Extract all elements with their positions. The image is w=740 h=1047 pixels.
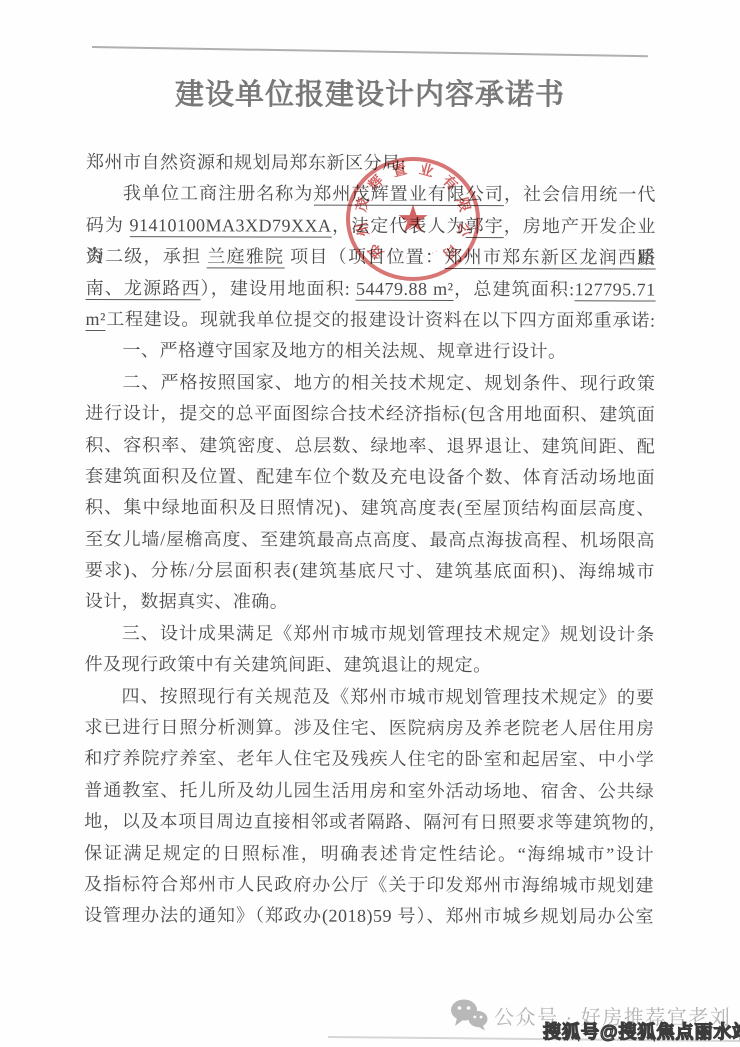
document-line: 地，以及本项目周边直接相邻或者隔路、隔河有日照要求等建筑物的, [84,806,654,839]
document-line: 和疗养院疗养室、老年人住宅及残疾人住宅的卧室和起居室、中小学 [84,743,654,776]
text-segment: 积、容积率、建筑密度、总层数、绿地率、退界退让、建筑间距、配 [85,435,655,456]
underlined-field: 兰庭雅院 [207,246,284,268]
document-line: 至女儿墙/屋檐高度、至建筑最高点高度、最高点海拔高程、机场限高 [85,524,655,557]
document-line: 套建筑面积及位置、配建车位个数及充电设备个数、体育活动场地面 [85,461,655,494]
header-divider [92,46,648,57]
document-line: 普通教室、托儿所及幼儿园生活用房和室外活动场地、宿舍、公共绿 [84,775,654,808]
text-segment: 为二级，承担 [86,246,208,266]
text-segment: 和疗养院疗养室、老年人住宅及残疾人住宅的卧室和起居室、中小学 [84,748,654,769]
text-segment: 一、严格遵守国家及地方的相关法规、规章进行设计。 [122,340,566,361]
text-segment: 设计，数据真实、准确。 [85,591,289,612]
seal-serial-char: · [427,252,429,259]
document-line: 进行设计，提交的总平面图综合技术经济指标(包含用地面积、建筑面 [85,398,655,431]
company-seal: 郑州茂辉置业有限公司 ★ ············ [346,157,480,281]
text-segment: 我单位工商注册名称为 [123,183,314,203]
seal-serial-char: · [435,248,437,255]
text-segment: 设管理办法的通知》（郑政办(2018)59 号）、郑州市城乡规划局办公室 [84,905,654,926]
seal-serial-char: · [401,253,403,260]
text-segment: 地，以及本项目周边直接相邻或者隔路、隔河有日照要求等建筑物的, [84,811,654,832]
text-segment: 二、严格按照国家、地方的相关技术规定、规划条件、现行政策 [122,372,655,393]
document-line: 二、严格按照国家、地方的相关技术规定、规划条件、现行政策 [85,367,655,400]
document-line: 设管理办法的通知》（郑政办(2018)59 号）、郑州市城乡规划局办公室 [84,900,654,933]
sohu-watermark: 搜狐号@搜狐焦点丽水站 [543,1018,740,1044]
text-segment: 至女儿墙/屋檐高度、至建筑最高点高度、最高点海拔高程、机场限高 [85,529,655,550]
underlined-field: 54479.88 m² [356,278,454,300]
text-segment: 及指标符合郑州市人民政府办公厅《关于印发郑州市海绵城市规划建 [84,874,654,895]
seal-serial-char: · [405,254,407,261]
document-line: 保证满足规定的日照标准，明确表述肯定性结论。“海绵城市”设计 [84,838,654,871]
document-line: 积、集中绿地面积及日照情况)、建筑高度表(至屋顶结构面层高度、 [85,492,655,525]
scanned-document-page: 建设单位报建设计内容承诺书 郑州市自然资源和规划局郑东新区分局:我单位工商注册名… [0,0,740,1047]
document-line: 三、设计成果满足《郑州市城市规划管理技术规定》规划设计条 [85,618,655,651]
text-segment: 三、设计成果满足《郑州市城市规划管理技术规定》规划设计条 [122,623,655,644]
text-segment: 四、按照现行有关规范及《郑州市城市规划管理技术规定》的要 [122,686,655,707]
document-line: 设计，数据真实、准确。 [85,586,655,619]
seal-serial-marks: ············ [346,157,480,281]
text-segment: 保证满足规定的日照标准，明确表述肯定性结论。“海绵城市”设计 [84,843,654,864]
text-segment: 积、集中绿地面积及日照情况)、建筑高度表(至屋顶结构面层高度、 [85,497,655,518]
seal-serial-char: · [423,253,425,260]
document-line: 及指标符合郑州市人民政府办公厅《关于印发郑州市海绵城市规划建 [84,869,654,902]
seal-serial-char: · [392,250,394,257]
underlined-field: 91410100MA3XD79XXA [129,215,331,238]
text-segment: 求已进行日照分析测算。涉及住宅、医院病房及养老院老人居住用房 [84,717,654,738]
document-line: 四、按照现行有关规范及《郑州市城市规划管理技术规定》的要 [85,681,655,714]
page-title: 建设单位报建设计内容承诺书 [0,72,740,113]
text-segment: 件及现行政策中有关建筑间距、建筑退让的规定。 [85,654,492,675]
document-line: 要求)、分栋/分层面积表(建筑基底尺寸、建筑基底面积)、海绵城市 [85,555,655,588]
text-segment: 工程建设。现就我单位提交的报建设计资料在以下四方面郑重承诺: [106,309,656,330]
seal-serial-char: · [414,254,416,261]
document-line: 积、容积率、建筑密度、总层数、绿地率、退界退让、建筑间距、配 [85,430,655,463]
underlined-field: 南、龙源路西 [86,278,201,300]
seal-serial-char: · [431,250,433,257]
document-line: 求已进行日照分析测算。涉及住宅、医院病房及养老院老人居住用房 [84,712,654,745]
document-line: 件及现行政策中有关建筑间距、建筑退让的规定。 [85,649,655,682]
text-segment: ），建设用地面积: [201,278,356,298]
wechat-icon [450,999,488,1036]
text-segment: 套建筑面积及位置、配建车位个数及充电设备个数、体育活动场地面 [85,466,655,487]
text-segment: 进行设计，提交的总平面图综合技术经济指标(包含用地面积、建筑面 [85,403,655,424]
seal-serial-char: · [397,252,399,259]
document-line: 一、严格遵守国家及地方的相关法规、规章进行设计。 [85,335,655,368]
text-segment: 要求)、分栋/分层面积表(建筑基底尺寸、建筑基底面积)、海绵城市 [85,560,655,581]
seal-serial-char: · [419,254,421,261]
underlined-field: m² [86,309,106,331]
text-segment: 码为 [86,215,130,235]
text-segment: 普通教室、托儿所及幼儿园生活用房和室外活动场地、宿舍、公共绿 [84,780,654,801]
underlined-field: 127795.71 [575,279,656,301]
seal-serial-char: · [389,248,391,255]
text-segment: ，总建筑面积: [454,279,575,299]
seal-serial-char: · [410,254,412,261]
document-line: m²工程建设。现就我单位提交的报建设计资料在以下四方面郑重承诺: [86,304,656,337]
text-segment: ，社会信用统一代 [504,184,656,204]
